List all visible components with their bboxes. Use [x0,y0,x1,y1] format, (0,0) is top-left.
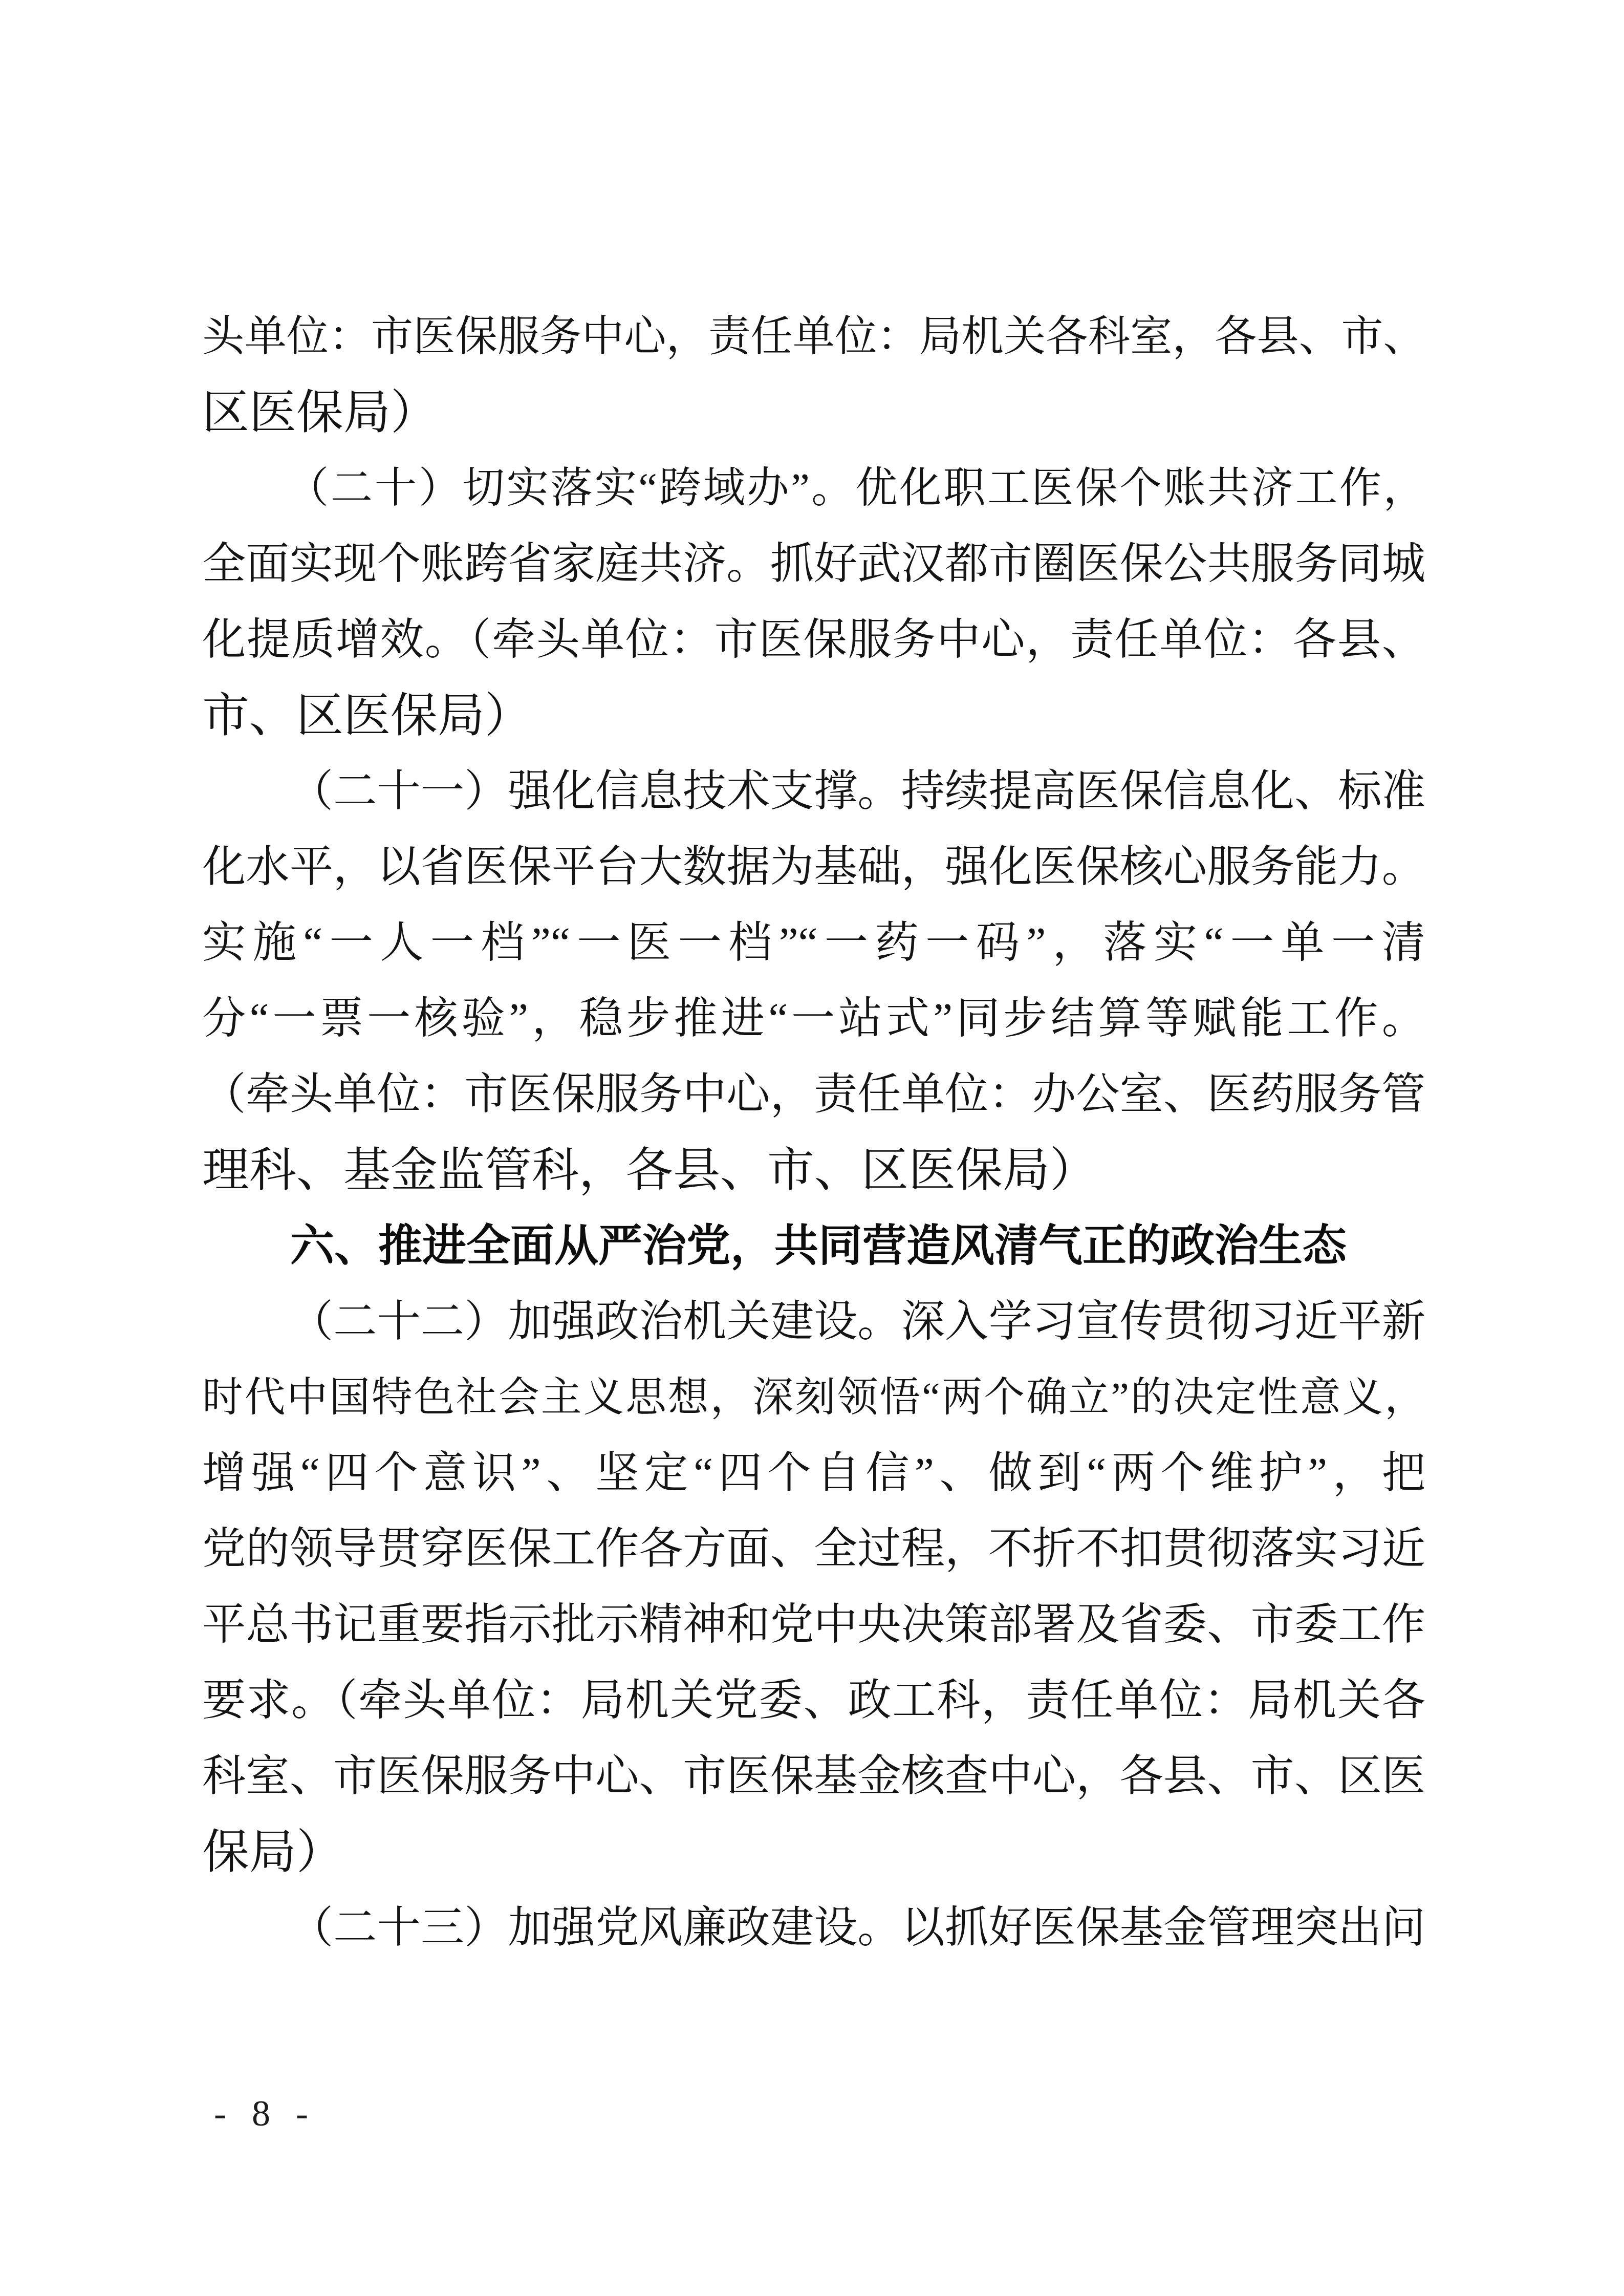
document-page: 头单位：市医保服务中心，责任单位：局机关各科室，各县、市、 区医保局） （二十）… [0,0,1624,2296]
text-line: （二十二）加强政治机关建设。深入学习宣传贯彻习近平新 [202,1284,1425,1360]
document-body: 头单位：市医保服务中心，责任单位：局机关各科室，各县、市、 区医保局） （二十）… [202,299,1425,1966]
text-line: 市、区医保局） [202,678,1425,754]
page-number: - 8 - [214,2088,316,2139]
text-line: 保局） [202,1814,1425,1890]
text-line: 科室、市医保服务中心、市医保基金核查中心，各县、市、区医 [202,1739,1425,1814]
text-line: 化提质增效。（牵头单位：市医保服务中心，责任单位：各县、 [202,602,1425,678]
text-line: 分“一票一核验”，稳步推进“一站式”同步结算等赋能工作。 [202,981,1425,1057]
text-line: 全面实现个账跨省家庭共济。抓好武汉都市圈医保公共服务同城 [202,526,1425,602]
text-line: 化水平，以省医保平台大数据为基础，强化医保核心服务能力。 [202,829,1425,905]
text-line: 实施“一人一档”“一医一档”“一药一码”，落实“一单一清 [202,905,1425,981]
text-line: （二十一）强化信息技术支撑。持续提高医保信息化、标准 [202,754,1425,829]
text-line: 时代中国特色社会主义思想，深刻领悟“两个确立”的决定性意义， [202,1360,1425,1435]
text-line: 要求。（牵头单位：局机关党委、政工科，责任单位：局机关各 [202,1663,1425,1739]
section-heading: 六、推进全面从严治党，共同营造风清气正的政治生态 [202,1208,1425,1284]
text-line: 平总书记重要指示批示精神和党中央决策部署及省委、市委工作 [202,1587,1425,1663]
text-line: （牵头单位：市医保服务中心，责任单位：办公室、医药服务管 [202,1057,1425,1132]
text-line: （二十）切实落实“跨域办”。优化职工医保个账共济工作， [202,450,1425,526]
text-line: 理科、基金监管科，各县、市、区医保局） [202,1132,1425,1208]
text-line: 区医保局） [202,375,1425,450]
text-line: 党的领导贯穿医保工作各方面、全过程，不折不扣贯彻落实习近 [202,1511,1425,1587]
text-line: 头单位：市医保服务中心，责任单位：局机关各科室，各县、市、 [202,299,1425,375]
text-line: 增强“四个意识”、坚定“四个自信”、做到“两个维护”，把 [202,1435,1425,1511]
text-line: （二十三）加强党风廉政建设。以抓好医保基金管理突出问 [202,1890,1425,1966]
